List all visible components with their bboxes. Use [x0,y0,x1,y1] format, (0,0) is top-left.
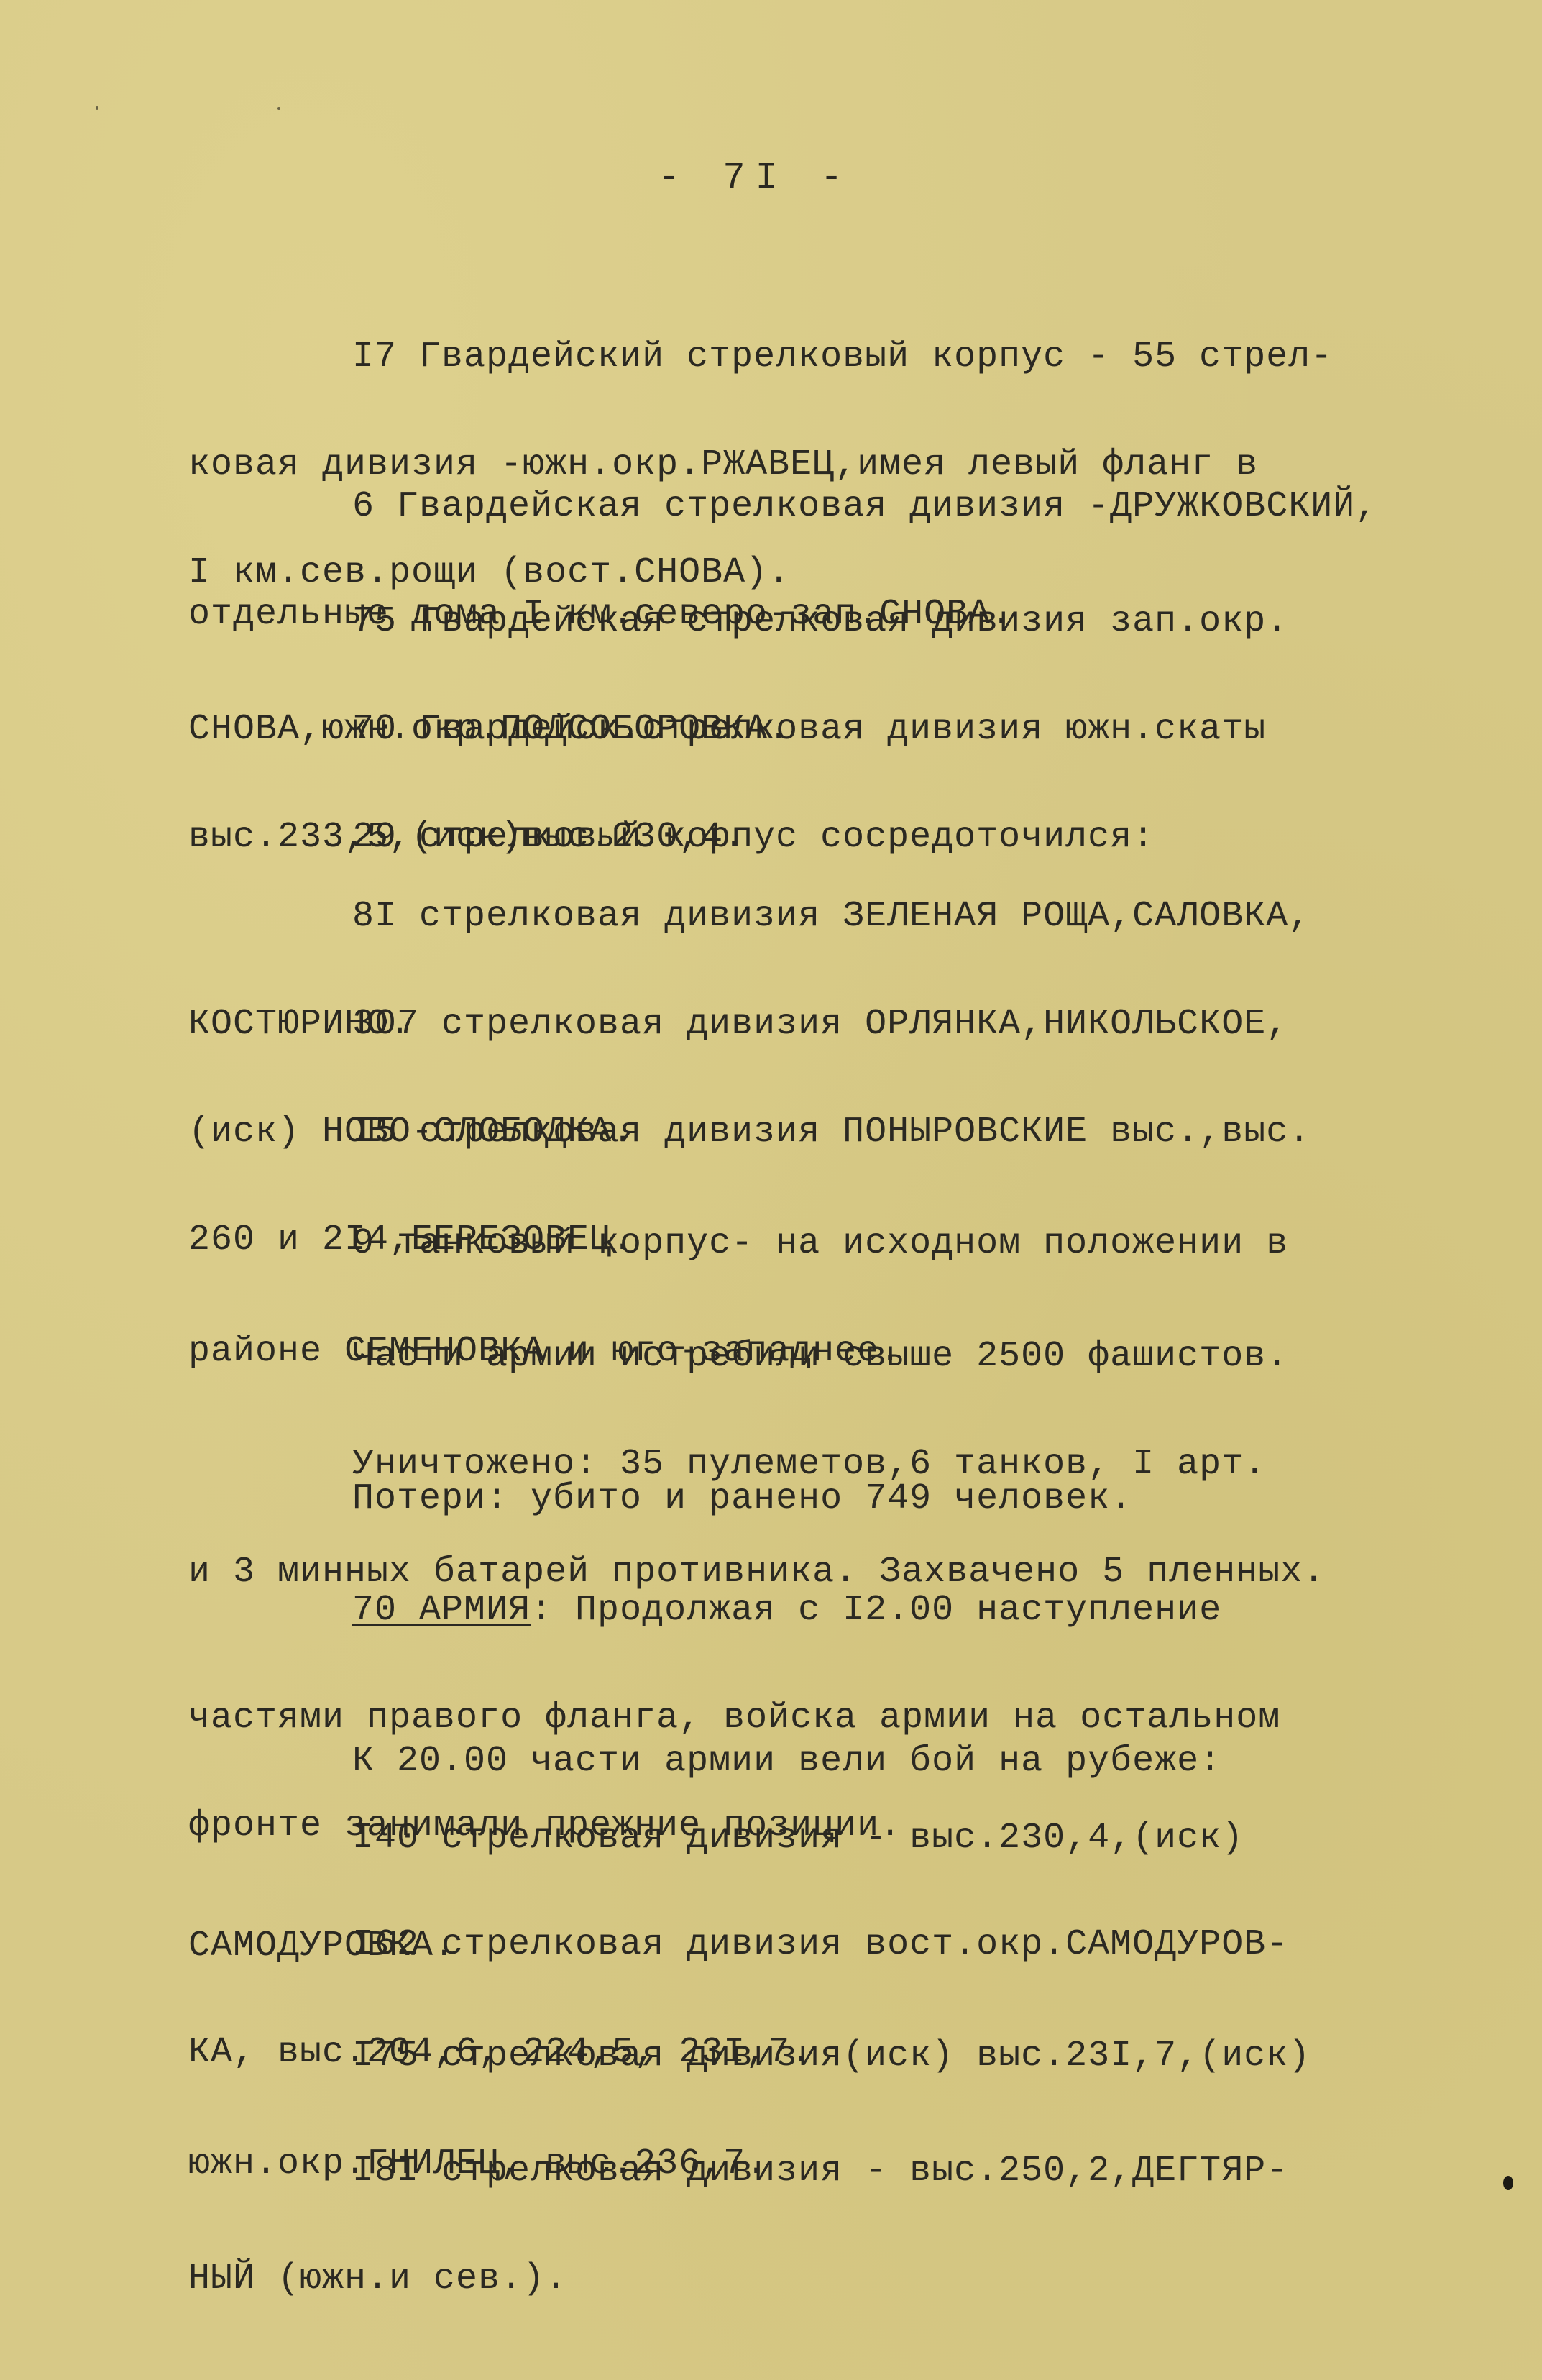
text-line: I7 Гвардейский стрелковый корпус - 55 ст… [188,339,1425,375]
text-line: 75 Гвардейская стрелковая дивизия зап.ок… [188,604,1425,640]
text-line: I5 стрелковая дивизия ПОНЫРОВСКИЕ выс.,в… [188,1115,1425,1150]
text-line: I75 стрелковая дивизия(иск) выс.23I,7,(и… [188,2038,1425,2074]
text-line: 307 стрелковая дивизия ОРЛЯНКА,НИКОЛЬСКО… [188,1007,1425,1043]
text-line: I62 стрелковая дивизия вост.окр.САМОДУРО… [188,1927,1425,1963]
text-line: 70 АРМИЯ: Продолжая с I2.00 наступление [188,1593,1425,1629]
section-heading: 70 АРМИЯ [352,1590,531,1631]
text-line: Потери: убито и ранено 749 человек. [188,1481,1425,1517]
text-line: 70 Гвардейск.стрелковая дивизия южн.скат… [188,712,1425,748]
ink-speck [1503,2176,1513,2190]
text-line: I8I стрелковая дивизия - выс.250,2,ДЕГТЯ… [188,2154,1425,2189]
text-line: 9 танковый корпус- на исходном положении… [188,1226,1425,1262]
text-run: : Продолжая с I2.00 наступление [531,1590,1221,1631]
document-page: - 7I - I7 Гвардейский стрелковый корпус … [0,0,1542,2380]
page-number: - 7I - [658,157,853,199]
ink-speck [96,106,98,110]
text-line: 8I стрелковая дивизия ЗЕЛЕНАЯ РОЩА,САЛОВ… [188,899,1425,935]
text-line: 6 Гвардейская стрелковая дивизия -ДРУЖКО… [188,489,1425,525]
text-line: НЫЙ (южн.и сев.). [188,2261,1425,2297]
paragraph-181-rifle-division: I8I стрелковая дивизия - выс.250,2,ДЕГТЯ… [188,2082,1425,2369]
ink-speck [277,107,280,110]
text-line: Части армии истребили свыше 2500 фашисто… [188,1339,1425,1375]
text-line: I40 стрелковая дивизия - выс.230,4,(иск) [188,1821,1425,1857]
